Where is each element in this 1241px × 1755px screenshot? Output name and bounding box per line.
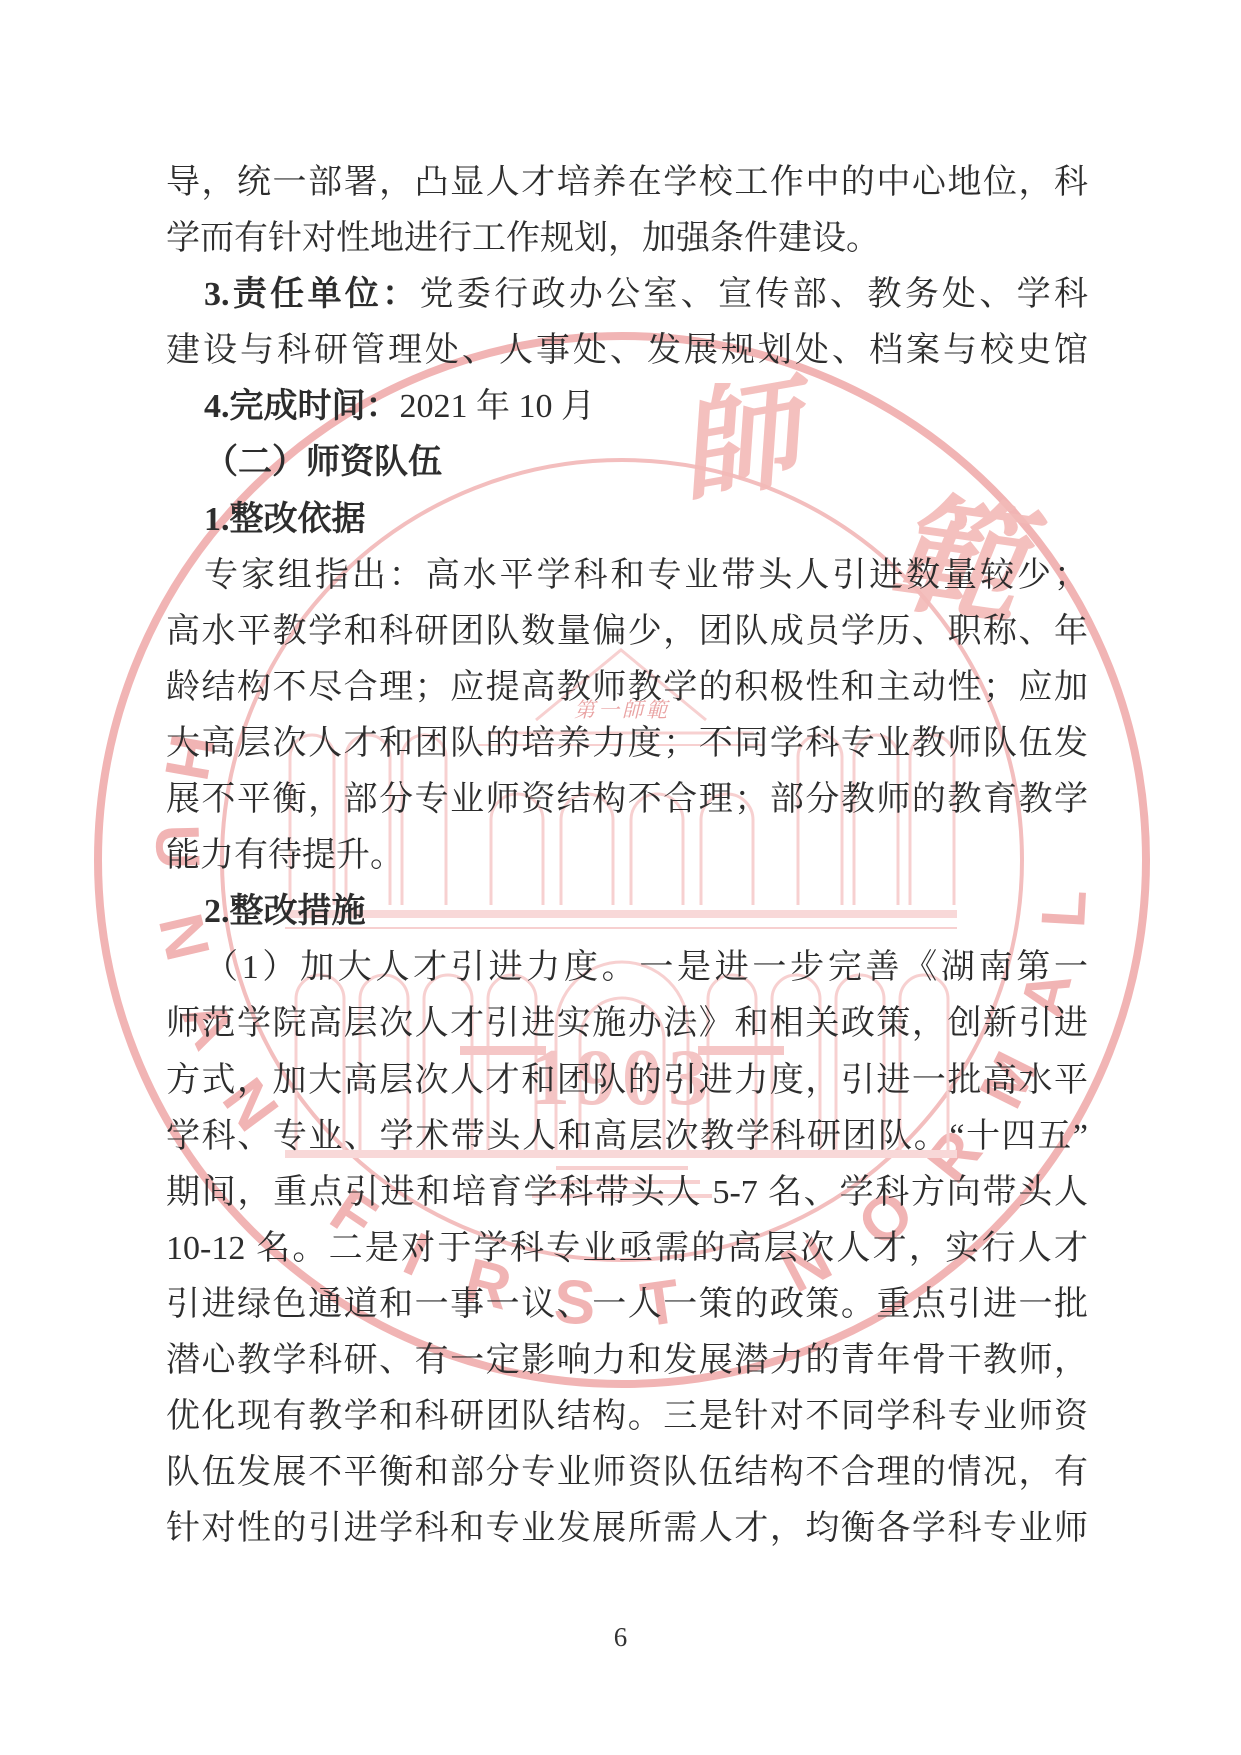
text-line: 1.整改依据 <box>166 492 1088 548</box>
text-line: 2.整改措施 <box>166 884 1088 940</box>
text-line-body: 期间，重点引进和培育学科带头人 5-7 名、学科方向带头人 <box>166 1174 1088 1211</box>
text-line: 3.责任单位：党委行政办公室、宣传部、教务处、学科 <box>166 267 1088 323</box>
document-text: 导，统一部署，凸显人才培养在学校工作中的中心地位，科学而有针对性地进行工作规划，… <box>166 155 1088 1557</box>
text-line: 龄结构不尽合理；应提高教师教学的积极性和主动性；应加 <box>166 660 1088 716</box>
text-line: 优化现有教学和科研团队结构。三是针对不同学科专业师资 <box>166 1389 1088 1445</box>
text-line: 4.完成时间：2021 年 10 月 <box>166 379 1088 435</box>
text-line-body: 方式，加大高层次人才和团队的引进力度，引进一批高水平 <box>166 1062 1088 1099</box>
text-line-bold-prefix: 4.完成时间： <box>204 388 400 425</box>
text-line: 针对性的引进学科和专业发展所需人才，均衡各学科专业师 <box>166 1501 1088 1557</box>
text-line: 师范学院高层次人才引进实施办法》和相关政策，创新引进 <box>166 996 1088 1052</box>
text-line-body: 优化现有教学和科研团队结构。三是针对不同学科专业师资 <box>166 1398 1088 1435</box>
text-line: 队伍发展不平衡和部分专业师资队伍结构不合理的情况，有 <box>166 1445 1088 1501</box>
text-line: 高水平教学和科研团队数量偏少，团队成员学历、职称、年 <box>166 604 1088 660</box>
text-line-body: 龄结构不尽合理；应提高教师教学的积极性和主动性；应加 <box>166 669 1088 706</box>
text-line-body: 引进绿色通道和一事一议、一人一策的政策。重点引进一批 <box>166 1286 1088 1323</box>
text-line: 专家组指出：高水平学科和专业带头人引进数量较少； <box>166 548 1088 604</box>
text-line-body: 队伍发展不平衡和部分专业师资队伍结构不合理的情况，有 <box>166 1454 1088 1491</box>
text-line: 学科、专业、学术带头人和高层次教学科研团队。“十四五” <box>166 1109 1088 1165</box>
page-root: HUNAN FIRST NORMAL UNIVERSITY 師 範 <box>0 0 1241 1755</box>
text-line-body: 专家组指出：高水平学科和专业带头人引进数量较少； <box>204 557 1088 594</box>
text-line-body: 高水平教学和科研团队数量偏少，团队成员学历、职称、年 <box>166 613 1088 650</box>
text-line: （1）加大人才引进力度。一是进一步完善《湖南第一 <box>166 940 1088 996</box>
text-line-body: 建设与科研管理处、人事处、发展规划处、档案与校史馆 <box>166 332 1088 369</box>
text-line: （二）师资队伍 <box>166 435 1088 491</box>
text-line-body: 展不平衡，部分专业师资结构不合理；部分教师的教育教学 <box>166 781 1088 818</box>
text-line-body: 党委行政办公室、宣传部、教务处、学科 <box>419 276 1088 313</box>
text-line-body: 针对性的引进学科和专业发展所需人才，均衡各学科专业师 <box>166 1510 1088 1547</box>
text-line: 引进绿色通道和一事一议、一人一策的政策。重点引进一批 <box>166 1277 1088 1333</box>
text-line-bold-prefix: 1.整改依据 <box>204 501 366 538</box>
text-line-body: 师范学院高层次人才引进实施办法》和相关政策，创新引进 <box>166 1005 1088 1042</box>
text-line-body: （1）加大人才引进力度。一是进一步完善《湖南第一 <box>204 949 1088 986</box>
text-line-body: 导，统一部署，凸显人才培养在学校工作中的中心地位，科 <box>166 164 1088 201</box>
text-line-body: 2021 年 10 月 <box>400 388 596 425</box>
text-line-bold-prefix: 3.责任单位： <box>204 276 419 313</box>
text-line-body: 潜心教学科研、有一定影响力和发展潜力的青年骨干教师， <box>166 1342 1088 1379</box>
page-number: 6 <box>0 1622 1241 1653</box>
text-line: 能力有待提升。 <box>166 828 1088 884</box>
text-line: 10-12 名。二是对于学科专业亟需的高层次人才，实行人才 <box>166 1221 1088 1277</box>
text-line-body: 学科、专业、学术带头人和高层次教学科研团队。“十四五” <box>166 1118 1088 1155</box>
text-line-bold-prefix: （二）师资队伍 <box>204 444 442 481</box>
text-line: 方式，加大高层次人才和团队的引进力度，引进一批高水平 <box>166 1053 1088 1109</box>
text-line: 建设与科研管理处、人事处、发展规划处、档案与校史馆 <box>166 323 1088 379</box>
text-line-body: 学而有针对性地进行工作规划，加强条件建设。 <box>166 220 880 257</box>
text-line-body: 10-12 名。二是对于学科专业亟需的高层次人才，实行人才 <box>166 1230 1088 1267</box>
text-line: 展不平衡，部分专业师资结构不合理；部分教师的教育教学 <box>166 772 1088 828</box>
text-line-body: 能力有待提升。 <box>166 837 404 874</box>
text-line-bold-prefix: 2.整改措施 <box>204 893 366 930</box>
text-line: 导，统一部署，凸显人才培养在学校工作中的中心地位，科 <box>166 155 1088 211</box>
text-line-body: 大高层次人才和团队的培养力度；不同学科专业教师队伍发 <box>166 725 1088 762</box>
text-line: 学而有针对性地进行工作规划，加强条件建设。 <box>166 211 1088 267</box>
text-line: 潜心教学科研、有一定影响力和发展潜力的青年骨干教师， <box>166 1333 1088 1389</box>
text-line: 期间，重点引进和培育学科带头人 5-7 名、学科方向带头人 <box>166 1165 1088 1221</box>
text-line: 大高层次人才和团队的培养力度；不同学科专业教师队伍发 <box>166 716 1088 772</box>
